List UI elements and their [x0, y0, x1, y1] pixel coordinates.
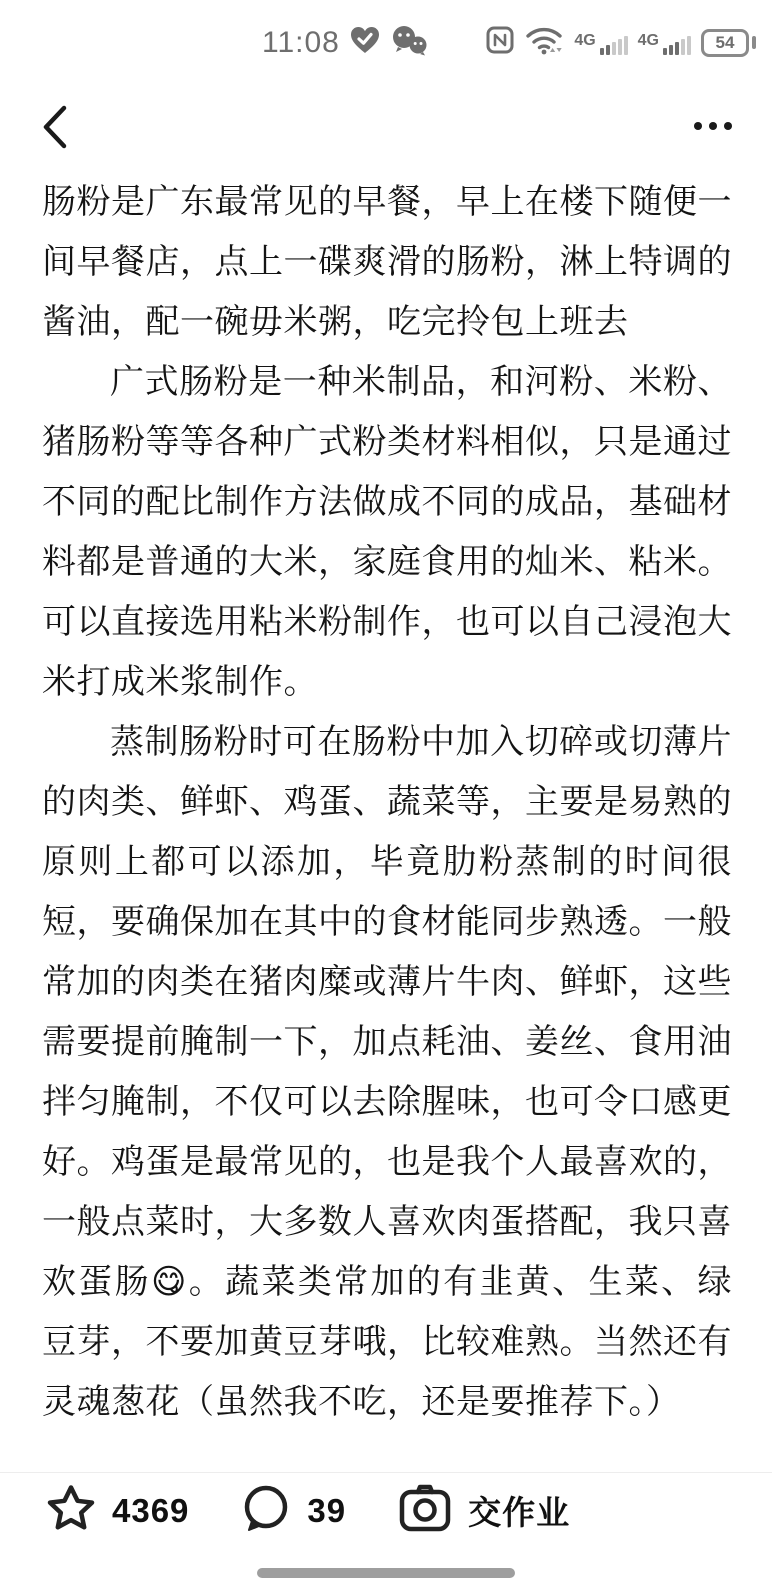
- network-type-label-2: 4G: [638, 33, 659, 49]
- nfc-icon: [486, 26, 514, 59]
- battery-icon: 54: [701, 29, 756, 57]
- signal-bars-icon-2: [663, 33, 691, 55]
- battery-nub: [752, 36, 756, 49]
- back-button[interactable]: [38, 102, 78, 152]
- comment-count: 39: [307, 1492, 346, 1530]
- action-bar: 4369 39 交作业: [0, 1472, 772, 1548]
- paragraph-3: 蒸制肠粉时可在肠粉中加入切碎或切薄片的肉类、鲜虾、鸡蛋、蔬菜等，主要是易熟的原则…: [42, 712, 732, 1432]
- signal-bars-icon-1: [600, 33, 628, 55]
- status-left-cluster: 11:08: [262, 24, 428, 61]
- more-dots-icon: [694, 122, 702, 130]
- signal-2: 4G: [638, 31, 691, 55]
- signal-1: 4G: [574, 31, 627, 55]
- paragraph-2: 广式肠粉是一种米制品，和河粉、米粉、猪肠粉等等各种广式粉类材料相似，只是通过不同…: [42, 352, 732, 712]
- status-right-cluster: 4G 4G 54: [486, 24, 756, 61]
- screen: 11:08: [0, 0, 772, 1593]
- camera-label: 交作业: [468, 1487, 570, 1534]
- star-button[interactable]: 4369: [46, 1483, 189, 1538]
- battery-level: 54: [701, 29, 749, 57]
- camera-button[interactable]: 交作业: [398, 1483, 570, 1538]
- home-indicator[interactable]: [257, 1568, 515, 1578]
- article-body: 肠粉是广东最常见的早餐，早上在楼下随便一间早餐店，点上一碟爽滑的肠粉，淋上特调的…: [42, 172, 732, 1432]
- wifi-icon: [524, 24, 564, 61]
- comment-button[interactable]: 39: [241, 1483, 346, 1538]
- chevron-left-icon: [38, 139, 74, 156]
- heart-check-icon: [349, 25, 381, 60]
- more-button[interactable]: [694, 106, 732, 146]
- star-count: 4369: [112, 1492, 189, 1530]
- network-type-label-1: 4G: [574, 33, 595, 49]
- comment-bubble-icon: [241, 1483, 291, 1538]
- status-bar: 11:08: [0, 0, 772, 64]
- wechat-icon: [390, 24, 428, 61]
- star-icon: [46, 1483, 96, 1538]
- clock: 11:08: [262, 26, 340, 60]
- camera-icon: [398, 1483, 452, 1538]
- paragraph-1: 肠粉是广东最常见的早餐，早上在楼下随便一间早餐店，点上一碟爽滑的肠粉，淋上特调的…: [42, 172, 732, 352]
- nav-bar: [0, 92, 772, 162]
